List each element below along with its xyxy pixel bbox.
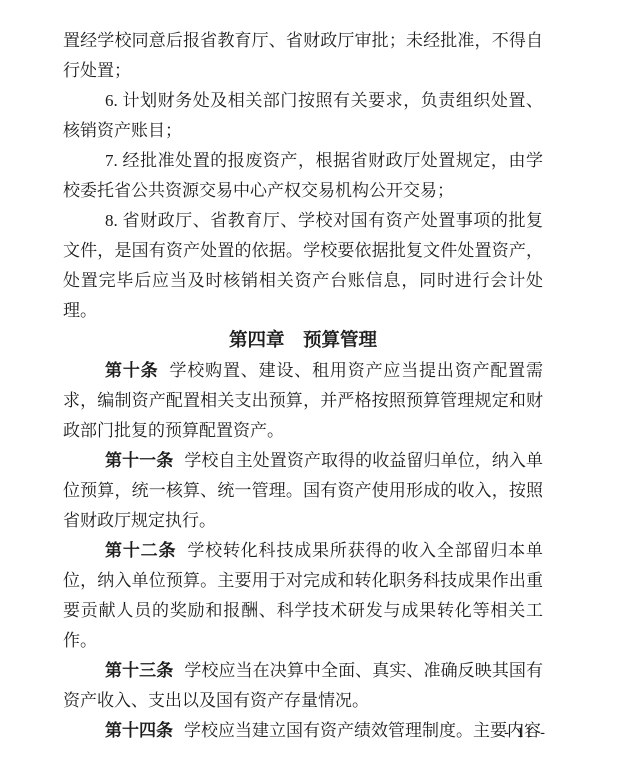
article-11-paragraph: 第十一条学校自主处置资产取得的收益留归单位，纳入单位预算，统一核算、统一管理。国… (63, 446, 543, 536)
paragraph-text: 6. 计划财务处及相关部门按照有关要求，负责组织处置、核销资产账目； (63, 91, 543, 140)
paragraph-text: 7. 经批准处置的报废资产，根据省财政厅处置规定，由学校委托省公共资源交易中心产… (63, 151, 543, 200)
article-13-lead: 第十三条 (105, 661, 173, 680)
article-10-lead: 第十条 (105, 361, 158, 380)
list-item-8: 8. 省财政厅、省教育厅、学校对国有资产处置事项的批复文件，是国有资产处置的依据… (63, 206, 543, 326)
paragraph-text: 学校应当建立国有资产绩效管理制度。主要内容 (184, 721, 541, 740)
article-12-lead: 第十二条 (105, 541, 176, 560)
list-item-7: 7. 经批准处置的报废资产，根据省财政厅处置规定，由学校委托省公共资源交易中心产… (63, 146, 543, 206)
article-13-paragraph: 第十三条学校应当在决算中全面、真实、准确反映其国有资产收入、支出以及国有资产存量… (63, 656, 543, 716)
paragraph-disposal-continuation: 置经学校同意后报省教育厅、省财政厅审批；未经批准，不得自行处置； (63, 26, 543, 86)
document-body: 置经学校同意后报省教育厅、省财政厅审批；未经批准，不得自行处置； 6. 计划财务… (63, 26, 543, 746)
document-page: 置经学校同意后报省教育厅、省财政厅审批；未经批准，不得自行处置； 6. 计划财务… (0, 0, 618, 765)
article-10-paragraph: 第十条学校购置、建设、租用资产应当提出资产配置需求，编制资产配置相关支出预算，并… (63, 356, 543, 446)
paragraph-text: 8. 省财政厅、省教育厅、学校对国有资产处置事项的批复文件，是国有资产处置的依据… (63, 211, 543, 320)
paragraph-text: 置经学校同意后报省教育厅、省财政厅审批；未经批准，不得自行处置； (63, 31, 543, 80)
article-14-lead: 第十四条 (105, 721, 173, 740)
list-item-6: 6. 计划财务处及相关部门按照有关要求，负责组织处置、核销资产账目； (63, 86, 543, 146)
article-12-paragraph: 第十二条学校转化科技成果所获得的收入全部留归本单位，纳入单位预算。主要用于对完成… (63, 536, 543, 656)
article-11-lead: 第十一条 (105, 451, 173, 470)
article-14-paragraph: 第十四条学校应当建立国有资产绩效管理制度。主要内容 (63, 716, 543, 746)
page-number: - 11 - (504, 724, 547, 742)
chapter-4-heading: 第四章 预算管理 (63, 326, 543, 356)
